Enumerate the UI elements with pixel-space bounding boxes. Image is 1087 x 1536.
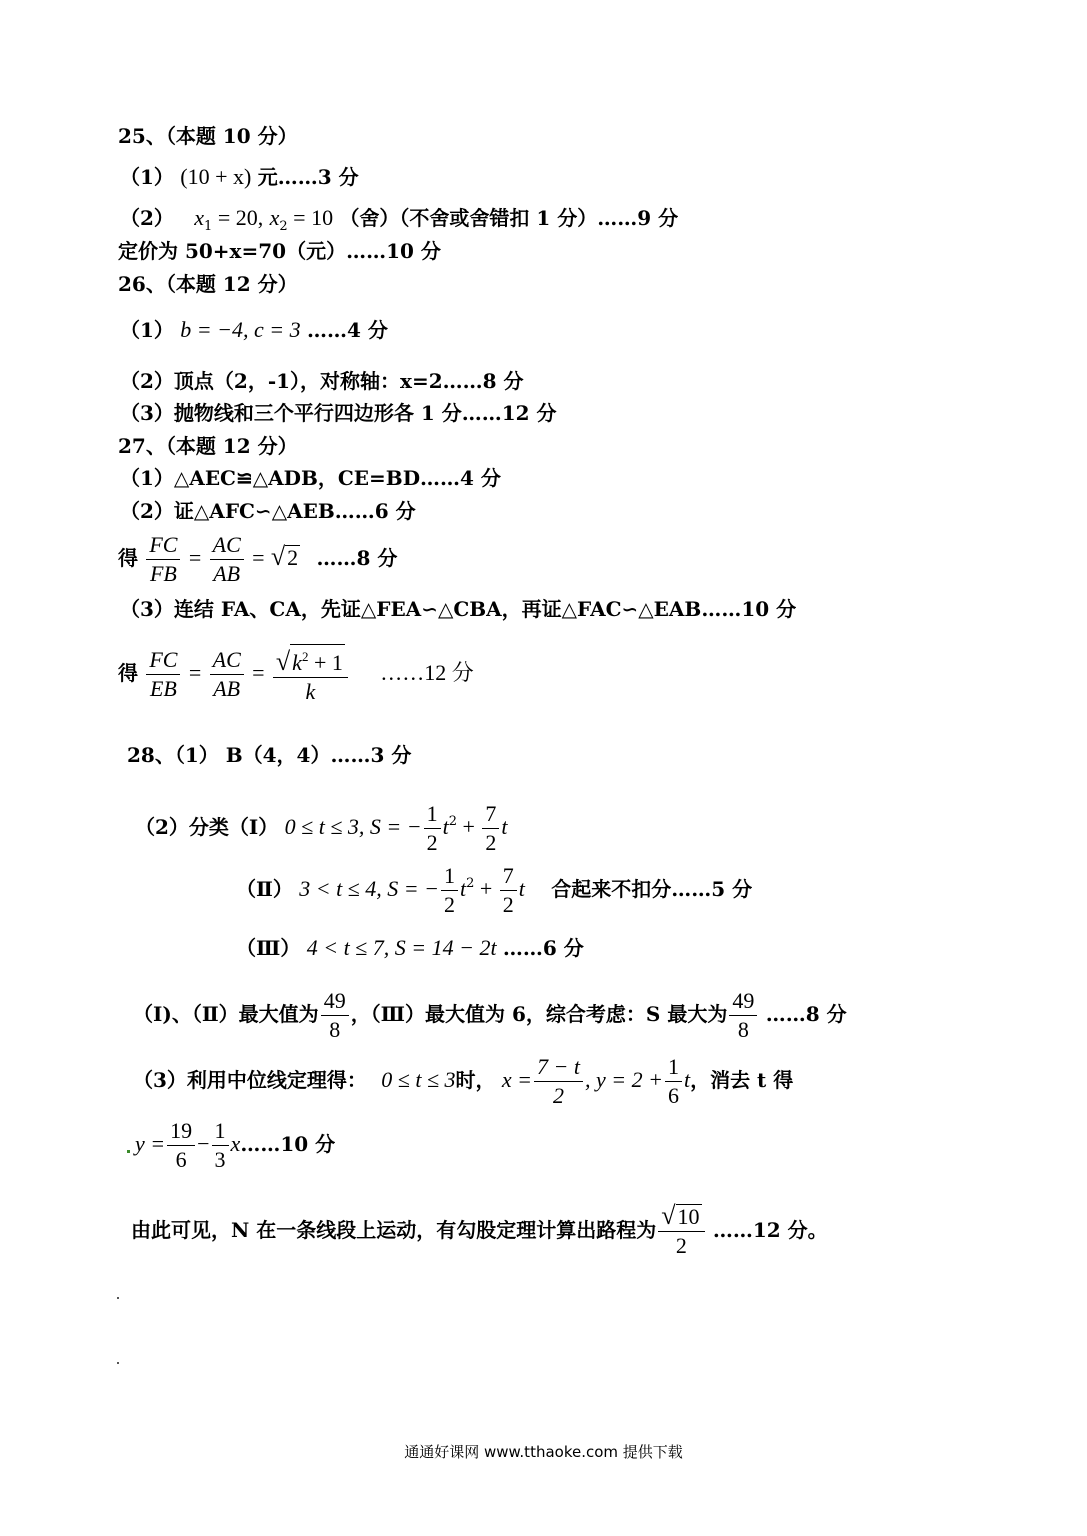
q28-conclusion: 由此可见，N 在一条线段上运动，有勾股定理计算出路程为√102 ……12 分。	[131, 1200, 828, 1260]
q28-part2-case3: （Ⅲ） 4 < t ≤ 7, S = 14 − 2t ……6 分	[236, 936, 584, 960]
equals: =	[189, 545, 201, 570]
q27-part1: （1）△AEC≌△ADB，CE=BD……4 分	[120, 466, 501, 490]
q25-x2-sub: 2	[279, 219, 287, 234]
fraction-one-half: 12	[441, 862, 458, 919]
q25-part3: 定价为 50+x=70（元）……10 分	[118, 239, 441, 263]
frac-den: 6	[173, 1146, 190, 1174]
frac-den: AB	[210, 675, 243, 703]
q26-part1: （1） b = −4, c = 3 ……4 分	[120, 318, 388, 342]
frac-num: 7	[500, 862, 517, 891]
plus: +	[474, 876, 497, 901]
q27-part2-result-tail: ……8 分	[317, 546, 398, 570]
frac-num: 1	[441, 862, 458, 891]
frac-num: AC	[210, 646, 244, 675]
fraction-one-sixth: 16	[665, 1053, 682, 1110]
footer-watermark: 通通好课网 www.tthaoke.com 提供下载	[0, 1441, 1087, 1462]
frac-den: 2	[673, 1232, 690, 1260]
equals: =	[189, 660, 201, 685]
frac-num: √10	[658, 1203, 704, 1232]
stray-mark	[117, 1297, 119, 1299]
fraction-one-half: 12	[424, 800, 441, 857]
equals: =	[252, 660, 264, 685]
frac-den: 2	[424, 829, 441, 857]
q28-part3-result-tail: ……10 分	[240, 1132, 335, 1156]
frac-den: 8	[326, 1016, 343, 1044]
radical-sign-icon: √	[271, 544, 285, 570]
frac-num: 1	[665, 1053, 682, 1082]
fraction-49-over-8: 498	[729, 987, 757, 1044]
fraction-fc-eb: FC EB	[146, 646, 180, 703]
q25-part1: （1） (10 + x) 元……3 分	[120, 165, 359, 189]
frac-den: 2	[482, 829, 499, 857]
frac-den: EB	[147, 675, 180, 703]
frac-num: 7 − t	[534, 1053, 583, 1082]
t-exponent: 2	[449, 814, 457, 829]
q27-part2: （2）证△AFC∽△AEB……6 分	[120, 499, 416, 523]
q26-part1-label: （1）	[120, 318, 174, 342]
q27-part2-result: 得 FC FB = AC AB = √2 ……8 分	[118, 530, 397, 588]
sqrt-body: k2 + 1	[290, 644, 345, 675]
frac-num: FC	[146, 531, 180, 560]
minus: −	[197, 1131, 209, 1156]
fraction-sqrt-k2-plus-1-over-k: √k2 + 1 k	[273, 644, 348, 706]
q27-part2-result-prefix: 得	[118, 546, 138, 570]
q28-part3-tail: ，消去 t 得	[690, 1068, 793, 1092]
case1-range: 0 ≤ t ≤ 3, S = −	[285, 814, 422, 839]
q28-part1: 28、（1） B（4，4）……3 分	[127, 743, 411, 767]
frac-den: 2	[550, 1082, 567, 1110]
fraction-ac-ab: AC AB	[210, 531, 244, 588]
fraction-seven-halves: 72	[482, 800, 499, 857]
q25-x1: x	[194, 205, 204, 230]
radical-sign-icon: √	[276, 649, 290, 675]
q26-part2: （2）顶点（2，-1），对称轴：x=2……8 分	[120, 369, 524, 393]
q28-part2-label: （2）分类（Ⅰ）	[135, 815, 278, 839]
frac-num: 1	[212, 1117, 229, 1146]
frac-den: FB	[147, 560, 180, 588]
frac-den: 6	[665, 1082, 682, 1110]
q28-part3-label: （3）利用中位线定理得：	[133, 1068, 367, 1092]
q28-max-value: （Ⅰ)、（Ⅱ）最大值为498，（Ⅲ）最大值为 6，综合考虑：S 最大为498 ……	[133, 986, 847, 1044]
q27-part3-result-prefix: 得	[118, 661, 138, 685]
frac-num: √k2 + 1	[273, 644, 348, 678]
q28-part3-result: y =196−13x……10 分	[135, 1116, 335, 1174]
q26-part1-tail: ……4 分	[307, 318, 388, 342]
k: k	[292, 650, 302, 675]
q26-part3: （3）抛物线和三个平行四边形各 1 分……12 分	[120, 401, 557, 425]
sqrt-k2-plus-1: √k2 + 1	[276, 644, 345, 675]
fraction-ac-ab: AC AB	[210, 646, 244, 703]
q28-part3: （3）利用中位线定理得： 0 ≤ t ≤ 3时， x =7 − t2, y = …	[133, 1052, 793, 1110]
q25-part2-tail: （舍）（不舍或舍错扣 1 分）……9 分	[339, 206, 678, 230]
q27-part3-result: 得 FC EB = AC AB = √k2 + 1 k ……12 分	[118, 640, 474, 706]
case3-label: （Ⅲ）	[236, 936, 300, 960]
q25-x1-val: = 20,	[212, 205, 263, 230]
max-text-a: （Ⅰ)、（Ⅱ）最大值为	[133, 1002, 319, 1026]
q28-part3-y: , y = 2 +	[585, 1067, 663, 1092]
sqrt-body: 10	[676, 1204, 702, 1229]
q26-heading: 26、（本题 12 分）	[118, 272, 298, 296]
sqrt-2: √2	[271, 544, 300, 570]
q27-part3-result-tail: ……12 分	[380, 660, 474, 685]
frac-den: 8	[735, 1016, 752, 1044]
frac-den: AB	[210, 560, 243, 588]
sqrt-10: √10	[661, 1203, 701, 1229]
y-equals: y =	[135, 1131, 165, 1156]
frac-num: 19	[167, 1117, 195, 1146]
q26-part1-expr: b = −4, c = 3	[180, 317, 300, 342]
frac-num: 49	[321, 987, 349, 1016]
q25-part2-label: （2）	[120, 206, 174, 230]
t: t	[501, 814, 507, 839]
fraction-fc-fb: FC FB	[146, 531, 180, 588]
q28-part2-case1: （2）分类（Ⅰ） 0 ≤ t ≤ 3, S = −12t2 + 72t	[135, 794, 508, 857]
frac-den: 2	[441, 891, 458, 919]
case2-range: 3 < t ≤ 4, S = −	[299, 876, 439, 901]
fraction-49-over-8: 498	[321, 987, 349, 1044]
q25-heading: 25、（本题 10 分）	[118, 124, 298, 148]
q25-part1-tail: 元……3 分	[258, 165, 359, 189]
sqrt-body: 2	[285, 545, 300, 570]
x: x	[231, 1131, 241, 1156]
t: t	[519, 876, 525, 901]
stray-mark	[127, 1150, 130, 1153]
fraction-7-minus-t-over-2: 7 − t2	[534, 1053, 583, 1110]
conclusion-tail: ……12 分。	[713, 1218, 828, 1242]
frac-den: 3	[212, 1146, 229, 1174]
frac-num: 49	[729, 987, 757, 1016]
fraction-sqrt10-over-2: √102	[658, 1203, 704, 1260]
conclusion-text: 由此可见，N 在一条线段上运动，有勾股定理计算出路程为	[131, 1218, 656, 1242]
fraction-seven-halves: 72	[500, 862, 517, 919]
stray-mark	[117, 1362, 119, 1364]
q25-part2: （2） x1 = 20, x2 = 10 （舍）（不舍或舍错扣 1 分）……9 …	[120, 206, 678, 239]
q25-part1-expr: (10 + x)	[180, 164, 251, 189]
radical-sign-icon: √	[661, 1203, 675, 1229]
max-text-b: ，（Ⅲ）最大值为 6，综合考虑：S 最大为	[351, 1002, 728, 1026]
q28-part3-range: 0 ≤ t ≤ 3	[381, 1067, 455, 1092]
equals: =	[252, 545, 264, 570]
frac-den: k	[302, 678, 318, 706]
q28-part3-shi: 时，	[456, 1068, 496, 1092]
q25-x2-val: = 10	[288, 205, 333, 230]
frac-num: 1	[424, 800, 441, 829]
frac-num: FC	[146, 646, 180, 675]
case3-tail: ……6 分	[503, 936, 584, 960]
frac-num: 7	[482, 800, 499, 829]
q28-part2-case2: （Ⅱ） 3 < t ≤ 4, S = −12t2 + 72t 合起来不扣分……5…	[236, 856, 752, 919]
q25-x2: x	[270, 205, 280, 230]
fraction-one-third: 13	[212, 1117, 229, 1174]
frac-num: AC	[210, 531, 244, 560]
case2-label: （Ⅱ）	[236, 877, 293, 901]
case2-tail: 合起来不扣分……5 分	[551, 877, 752, 901]
max-tail: ……8 分	[766, 1002, 847, 1026]
plus-one: + 1	[308, 650, 342, 675]
q28-part3-x: x =	[502, 1067, 532, 1092]
q27-part3: （3）连结 FA、CA，先证△FEA∽△CBA，再证△FAC∽△EAB……10 …	[120, 597, 796, 621]
plus: +	[457, 814, 480, 839]
fraction-19-over-6: 196	[167, 1117, 195, 1174]
case3-expr: 4 < t ≤ 7, S = 14 − 2t	[307, 935, 497, 960]
q25-part1-label: （1）	[120, 165, 174, 189]
q27-heading: 27、（本题 12 分）	[118, 434, 298, 458]
frac-den: 2	[500, 891, 517, 919]
